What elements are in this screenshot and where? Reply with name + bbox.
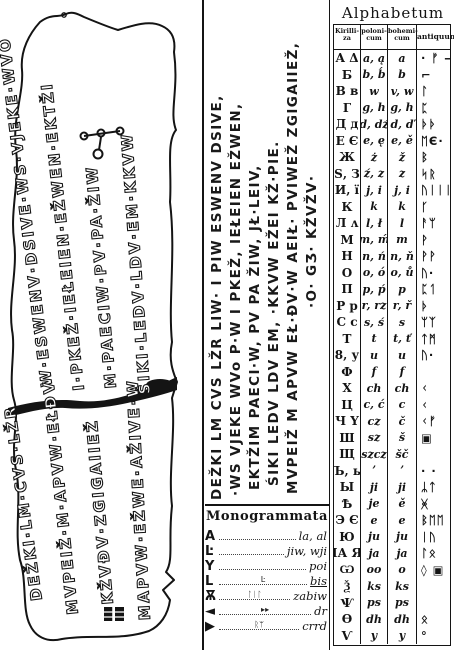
alphabetum-cell: ᚹᚹ: [417, 248, 450, 265]
alphabetum-cell: ᚸ: [417, 496, 450, 513]
alphabetum-cell: m, ḿ: [361, 232, 388, 249]
alphabetum-cell: ja: [361, 545, 388, 562]
alphabetum-cell: l: [388, 215, 417, 232]
monogrammata-list: Ala, alĿjiw, wjiYpoiLĿbisѪᛚᛁᛚzabiw◄▸▸dr▶…: [205, 528, 329, 633]
alphabetum-cell: ź, z: [361, 166, 388, 183]
monogrammata-panel: Monogrammata Ala, alĿjiw, wjiYpoiLĿbisѪᛚ…: [205, 504, 329, 650]
alphabetum-column-header: poloni-cum: [361, 25, 388, 49]
monogram-row: ◄▸▸dr: [205, 603, 329, 618]
alphabetum-cell: Д д: [334, 116, 361, 133]
alphabetum-cell: ᚨᛘ: [417, 215, 450, 232]
alphabetum-cell: ᚢ·: [417, 347, 450, 364]
alphabetum-cell: Ы: [334, 479, 361, 496]
monogram-symbol: Ŀ: [205, 545, 218, 558]
alphabetum-cell: je: [361, 496, 388, 513]
alphabetum-cell: z: [388, 166, 417, 183]
monogram-row: Ŀjiw, wji: [205, 543, 329, 558]
transliteration-line: ·O· GƷ· KŽVŽV·: [303, 0, 322, 308]
alphabetum-cell: Ѣ: [334, 496, 361, 513]
monogram-row: Ala, al: [205, 528, 329, 543]
alphabetum-cell: ji: [361, 479, 388, 496]
alphabetum-column-header: antiquum: [417, 25, 454, 49]
alphabetum-cell: А Δ: [334, 50, 361, 67]
alphabetum-cell: r, rz: [361, 298, 388, 315]
alphabetum-cell: Л ʌ: [334, 215, 361, 232]
alphabetum-column-header: bohemi-cum: [388, 25, 417, 49]
alphabetum-cell: ps: [388, 595, 417, 612]
alphabetum-cell: y: [361, 628, 388, 645]
alphabetum-cell: ᛒ: [417, 149, 450, 166]
alphabetum-cell: sz: [361, 430, 388, 447]
monogram-label: jiw, wji: [287, 545, 327, 558]
alphabetum-cell: Е Є: [334, 133, 361, 150]
alphabetum-cell: ch: [388, 380, 417, 397]
alphabetum-cell: p: [388, 281, 417, 298]
alphabetum-cell: ju: [361, 529, 388, 546]
monogram-symbol: ◄: [205, 605, 218, 618]
alphabetum-cell: О: [334, 265, 361, 282]
alphabetum-cell: y: [388, 628, 417, 645]
alphabetum-cell: s: [388, 314, 417, 331]
dotted-leader: ᚱᛘ: [219, 621, 299, 630]
dotted-leader: ᛚᛁᛚ: [219, 591, 290, 600]
alphabetum-cell: П: [334, 281, 361, 298]
alphabetum-cell: ᛚ: [417, 83, 450, 100]
monogram-label: poi: [309, 560, 327, 573]
alphabetum-cell: o, ó: [361, 265, 388, 282]
alphabetum-cell: Ѡ: [334, 562, 361, 579]
alphabetum-cell: Б: [334, 67, 361, 84]
alphabetum-cell: ᛒᛖᛖ: [417, 512, 450, 529]
alphabetum-cell: š: [388, 430, 417, 447]
book-plate-page: W·ESWENV·DSIVE·WS·VJEKE·WVOI·PKEŽ·IEŁEIE…: [0, 0, 454, 650]
dotted-leader: [219, 554, 284, 555]
alphabetum-cell: ᛈ: [417, 100, 450, 117]
alphabetum-cell: Э Є: [334, 512, 361, 529]
alphabetum-cell: Р р: [334, 298, 361, 315]
alphabetum-cell: Ѕ, З: [334, 166, 361, 183]
alphabetum-cell: l, ł: [361, 215, 388, 232]
alphabetum-cell: Ш: [334, 430, 361, 447]
alphabetum-cell: М: [334, 232, 361, 249]
alphabetum-cell: a, ą: [361, 50, 388, 67]
alphabetum-cell: u: [388, 347, 417, 364]
alphabetum-cell: k: [361, 199, 388, 216]
alphabetum-cell: t: [361, 331, 388, 348]
alphabetum-cell: [417, 446, 450, 463]
transliteration-line: ŚIKI LEDV LDV EM, ·KKVW EŽEI KŽ·PIE.: [265, 0, 284, 486]
alphabetum-cell: [417, 595, 450, 612]
monogram-label: dr: [314, 605, 327, 618]
alphabetum-cell: Ѵ: [334, 628, 361, 645]
dotted-leader: [219, 539, 296, 540]
alphabetum-cell: ja: [388, 545, 417, 562]
alphabetum-cell: dh: [361, 611, 388, 628]
alphabetum-body: А Δa, ąa· ᚠ —Бb, b́b⌐В вwv, wᛚГg, hg, hᛈ…: [334, 50, 450, 644]
alphabetum-cell: o, ů: [388, 265, 417, 282]
alphabetum-cell: ᛈᛐ: [417, 281, 450, 298]
alphabetum-cell: m: [388, 232, 417, 249]
alphabetum-cell: Н: [334, 248, 361, 265]
alphabetum-cell: ju: [388, 529, 417, 546]
alphabetum-cell: ᚲᚠ: [417, 413, 450, 430]
alphabetum-cell: g, h: [361, 100, 388, 117]
alphabetum-cell: ji: [388, 479, 417, 496]
alphabetum-cell: szcz: [361, 446, 388, 463]
alphabetum-cell: ᛘᛉ: [417, 314, 450, 331]
alphabetum-cell: j, i: [388, 182, 417, 199]
alphabetum-cell: e: [388, 512, 417, 529]
alphabetum-cell: t, ť: [388, 331, 417, 348]
alphabetum-cell: ż: [361, 149, 388, 166]
alphabetum-cell: oo: [361, 562, 388, 579]
transliteration-panel: DEŽKI LM CVS LŽR LIW· I PIW ESWENV DSIVE…: [208, 0, 330, 500]
alphabetum-cell: k: [388, 199, 417, 216]
alphabetum-cell: ᛦᛏ: [417, 479, 450, 496]
alphabetum-cell: w: [361, 83, 388, 100]
alphabetum-cell: ᚲ: [417, 397, 450, 414]
alphabetum-cell: c: [388, 397, 417, 414]
divider-left: [202, 0, 204, 650]
alphabetum-cell: e, ě: [388, 133, 417, 150]
alphabetum-cell: d, ď: [388, 116, 417, 133]
alphabetum-cell: Ж: [334, 149, 361, 166]
monogram-row: Ѫᛚᛁᛚzabiw: [205, 588, 329, 603]
alphabetum-cell: cz: [361, 413, 388, 430]
alphabetum-cell: e: [361, 512, 388, 529]
alphabetum-cell: p, ṕ: [361, 281, 388, 298]
alphabetum-cell: c, ć: [361, 397, 388, 414]
alphabetum-cell: f: [361, 364, 388, 381]
alphabetum-title: Alphabetum: [334, 4, 452, 22]
dotted-leader: [219, 569, 306, 570]
alphabetum-cell: č: [388, 413, 417, 430]
monogram-row: LĿbis: [205, 573, 329, 588]
monogram-label: crrd: [302, 620, 327, 633]
monogram-label: bis: [310, 575, 327, 588]
alphabetum-column-header: Kirilli-za: [334, 25, 361, 49]
alphabetum-cell: Х: [334, 380, 361, 397]
alphabetum-cell: Ъ, ь: [334, 463, 361, 480]
alphabetum-cell: Щ: [334, 446, 361, 463]
alphabetum-cell: s, ś: [361, 314, 388, 331]
alphabetum-cell: ʼ: [361, 463, 388, 480]
alphabetum-cell: ІА Я: [334, 545, 361, 562]
alphabetum-cell: И, ї: [334, 182, 361, 199]
alphabetum-cell: g, h: [388, 100, 417, 117]
inscribed-stone-drawing: W·ESWENV·DSIVE·WS·VJEKE·WVOI·PKEŽ·IEŁEIE…: [0, 0, 202, 650]
alphabetum-cell: ᚲ: [417, 380, 450, 397]
alphabetum-cell: ᛏᛗ: [417, 331, 450, 348]
alphabetum-cell: ʼ: [388, 463, 417, 480]
alphabetum-cell: Ю: [334, 529, 361, 546]
alphabetum-cell: ᚴ: [417, 199, 450, 216]
monogram-symbol: Y: [205, 560, 218, 573]
alphabetum-cell: · ·: [417, 463, 450, 480]
alphabetum-cell: ᛁᚢ: [417, 529, 450, 546]
alphabetum-cell: ps: [361, 595, 388, 612]
alphabetum-cell: o: [388, 562, 417, 579]
alphabetum-cell: dh: [388, 611, 417, 628]
alphabetum-cell: ᚦ: [417, 298, 450, 315]
alphabetum-cell: С с: [334, 314, 361, 331]
alphabetum-cell: Т: [334, 331, 361, 348]
transliteration-line: ·WS VJEKE WVo P·W I PKEŽ, IEŁEIEN EŽWEN,: [227, 0, 246, 496]
monogram-symbol: ▶: [205, 620, 218, 633]
alphabetum-cell: ž: [388, 149, 417, 166]
monogram-symbol: A: [205, 530, 218, 543]
monogram-symbol: Ѫ: [205, 590, 218, 603]
alphabetum-cell: f: [388, 364, 417, 381]
alphabetum-cell: 8, у: [334, 347, 361, 364]
monogrammata-title: Monogrammata: [205, 509, 329, 524]
alphabetum-cell: j, i: [361, 182, 388, 199]
alphabetum-cell: В в: [334, 83, 361, 100]
alphabetum-cell: Ч Y: [334, 413, 361, 430]
alphabetum-cell: Г: [334, 100, 361, 117]
alphabetum-header-row: Kirilli-zapoloni-cumbohemi-cumantiquum: [334, 25, 450, 50]
alphabetum-cell: ᛋᚱ: [417, 166, 450, 183]
dotted-leader: Ŀ: [219, 576, 307, 585]
transliteration-line: DEŽKI LM CVS LŽR LIW· I PIW ESWENV DSIVE…: [208, 0, 227, 500]
transliteration-line: MVPEIŽ M APVW EŁ·ĐV·W AEIŁ· PVIWEŽ ZGIGA…: [284, 0, 303, 494]
alphabetum-cell: šč: [388, 446, 417, 463]
alphabetum-cell: °: [417, 628, 450, 645]
alphabetum-cell: d, dź: [361, 116, 388, 133]
alphabetum-cell: ᚢᛁᛁᛁ·: [417, 182, 450, 199]
alphabetum-cell: Ѳ: [334, 611, 361, 628]
monogram-symbol: L: [205, 575, 218, 588]
alphabetum-cell: [417, 578, 450, 595]
alphabetum-cell: ᛖЄ·: [417, 133, 450, 150]
monogram-label: la, al: [299, 530, 327, 543]
alphabetum-cell: ᛟ: [417, 611, 450, 628]
alphabetum-cell: ᚦᚦ: [417, 116, 450, 133]
alphabetum-cell: b: [388, 67, 417, 84]
alphabetum-cell: ⌐: [417, 67, 450, 84]
alphabetum-table: Kirilli-zapoloni-cumbohemi-cumantiquum А…: [333, 24, 451, 646]
alphabetum-cell: ᚢ·: [417, 265, 450, 282]
alphabetum-cell: [417, 364, 450, 381]
alphabetum-cell: b, b́: [361, 67, 388, 84]
alphabetum-cell: n, ń: [361, 248, 388, 265]
alphabetum-cell: ▣: [417, 430, 450, 447]
alphabetum-cell: r, ř: [388, 298, 417, 315]
monogram-row: Ypoi: [205, 558, 329, 573]
alphabetum-cell: ᛚᛟ: [417, 545, 450, 562]
alphabetum-cell: v, w: [388, 83, 417, 100]
alphabetum-cell: ks: [361, 578, 388, 595]
alphabetum-cell: ch: [361, 380, 388, 397]
alphabetum-cell: ◊ ▣: [417, 562, 450, 579]
alphabetum-cell: ᚹ: [417, 232, 450, 249]
alphabetum-cell: a: [388, 50, 417, 67]
alphabetum-cell: n, ň: [388, 248, 417, 265]
monogram-label: zabiw: [293, 590, 327, 603]
alphabetum-cell: u: [361, 347, 388, 364]
alphabetum-cell: ě: [388, 496, 417, 513]
alphabetum-cell: Ц: [334, 397, 361, 414]
transliteration-lines: DEŽKI LM CVS LŽR LIW· I PIW ESWENV DSIVE…: [208, 0, 330, 500]
alphabetum-cell: e, ę: [361, 133, 388, 150]
alphabetum-cell: Ф: [334, 364, 361, 381]
dotted-leader: ▸▸: [219, 606, 311, 615]
alphabetum-cell: · ᚠ —: [417, 50, 450, 67]
alphabetum-cell: К: [334, 199, 361, 216]
alphabetum-cell: Ѯ: [334, 578, 361, 595]
alphabetum-cell: ks: [388, 578, 417, 595]
transliteration-line: EKTŽIM PAECI·W, PV PA ŽIW, JŁ·LEIV,: [246, 0, 265, 490]
monogram-row: ▶ᚱᛘcrrd: [205, 618, 329, 633]
alphabetum-cell: Ѱ: [334, 595, 361, 612]
